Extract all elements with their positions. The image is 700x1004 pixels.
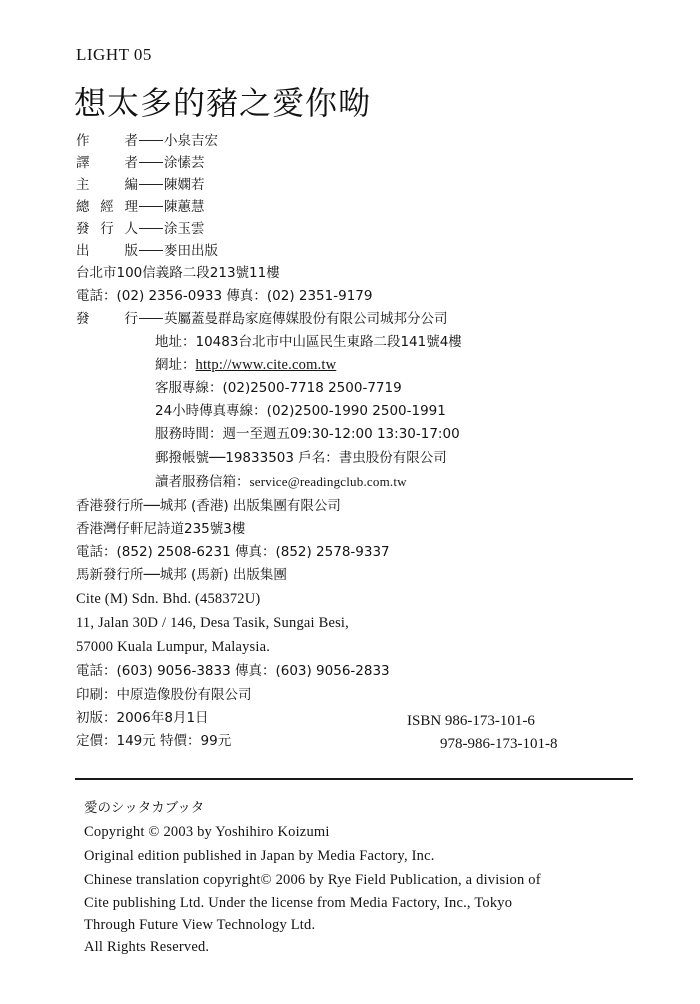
- publisher-phone: 電話：(02) 2356-0933 傳真：(02) 2351-9179: [76, 285, 372, 307]
- publisher-person-name: 涂玉雲: [164, 221, 205, 237]
- postal-account: 郵撥帳號──19833503 戶名：書虫股份有限公司: [155, 447, 447, 469]
- distributor-website: 網址：http://www.cite.com.tw: [155, 354, 336, 376]
- copyright-line-3: Chinese translation copyright© 2006 by R…: [84, 869, 541, 891]
- general-manager-name: 陳蕙慧: [164, 199, 205, 215]
- copyright-line-4: Cite publishing Ltd. Under the license f…: [84, 892, 512, 914]
- distributor-address: 地址：10483台北市中山區民生東路二段141號4樓: [155, 331, 462, 353]
- printer: 印刷：中原造像股份有限公司: [76, 684, 252, 706]
- series-label: LIGHT 05: [76, 45, 152, 65]
- my-company: Cite (M) Sdn. Bhd. (458372U): [76, 588, 260, 610]
- editor-name: 陳嫻若: [164, 177, 205, 193]
- distributor-name: 英屬蓋曼群島家庭傳媒股份有限公司城邦分公司: [164, 311, 448, 327]
- credit-translator: 譯者涂愫芸: [76, 152, 205, 174]
- my-address-line-1: 11, Jalan 30D / 146, Desa Tasik, Sungai …: [76, 612, 349, 634]
- translator-name: 涂愫芸: [164, 155, 205, 171]
- hk-address: 香港灣仔軒尼詩道235號3樓: [76, 518, 245, 540]
- publishing-house-name: 麥田出版: [164, 243, 218, 259]
- credit-publisher-person: 發行人涂玉雲: [76, 218, 205, 240]
- hk-distributor: 香港發行所──城邦 (香港) 出版集團有限公司: [76, 495, 341, 517]
- customer-service-line: 客服專線：(02)2500-7718 2500-7719: [155, 377, 402, 399]
- my-distributor: 馬新發行所──城邦 (馬新) 出版集團: [76, 564, 287, 586]
- distributor: 發行英屬蓋曼群島家庭傳媒股份有限公司城邦分公司: [76, 308, 448, 330]
- credit-editor: 主編陳嫻若: [76, 174, 205, 196]
- website-link[interactable]: http://www.cite.com.tw: [196, 357, 337, 373]
- section-divider: [75, 778, 633, 780]
- dash: [139, 140, 163, 141]
- copyright-line-1: Copyright © 2003 by Yoshihiro Koizumi: [84, 821, 330, 843]
- publisher-address: 台北市100信義路二段213號11樓: [76, 262, 280, 284]
- isbn-10: ISBN 986-173-101-6: [407, 710, 535, 732]
- my-address-line-2: 57000 Kuala Lumpur, Malaysia.: [76, 636, 270, 658]
- original-japanese-title: 愛のシッタカブッタ: [84, 797, 204, 819]
- copyright-line-5: Through Future View Technology Ltd.: [84, 914, 315, 936]
- price: 定價：149元 特價：99元: [76, 730, 231, 752]
- credit-publishing-house: 出版麥田出版: [76, 240, 218, 262]
- credit-general-manager: 總經理陳蕙慧: [76, 196, 205, 218]
- reader-service-email: 讀者服務信箱：service@readingclub.com.tw: [155, 471, 407, 493]
- book-title: 想太多的豬之愛你呦: [74, 78, 371, 124]
- copyright-line-2: Original edition published in Japan by M…: [84, 845, 435, 867]
- service-hours: 服務時間：週一至週五09:30-12:00 13:30-17:00: [155, 423, 460, 445]
- first-edition-date: 初版：2006年8月1日: [76, 707, 209, 729]
- copyright-line-6: All Rights Reserved.: [84, 936, 209, 958]
- hk-phone: 電話：(852) 2508-6231 傳真：(852) 2578-9337: [76, 541, 390, 563]
- fax-24h-line: 24小時傳真專線：(02)2500-1990 2500-1991: [155, 400, 446, 422]
- email-address[interactable]: service@readingclub.com.tw: [250, 474, 407, 489]
- isbn-13: 978-986-173-101-8: [440, 733, 557, 755]
- credit-author: 作者小泉吉宏: [76, 130, 218, 152]
- author-name: 小泉吉宏: [164, 133, 218, 149]
- my-phone: 電話：(603) 9056-3833 傳真：(603) 9056-2833: [76, 660, 390, 682]
